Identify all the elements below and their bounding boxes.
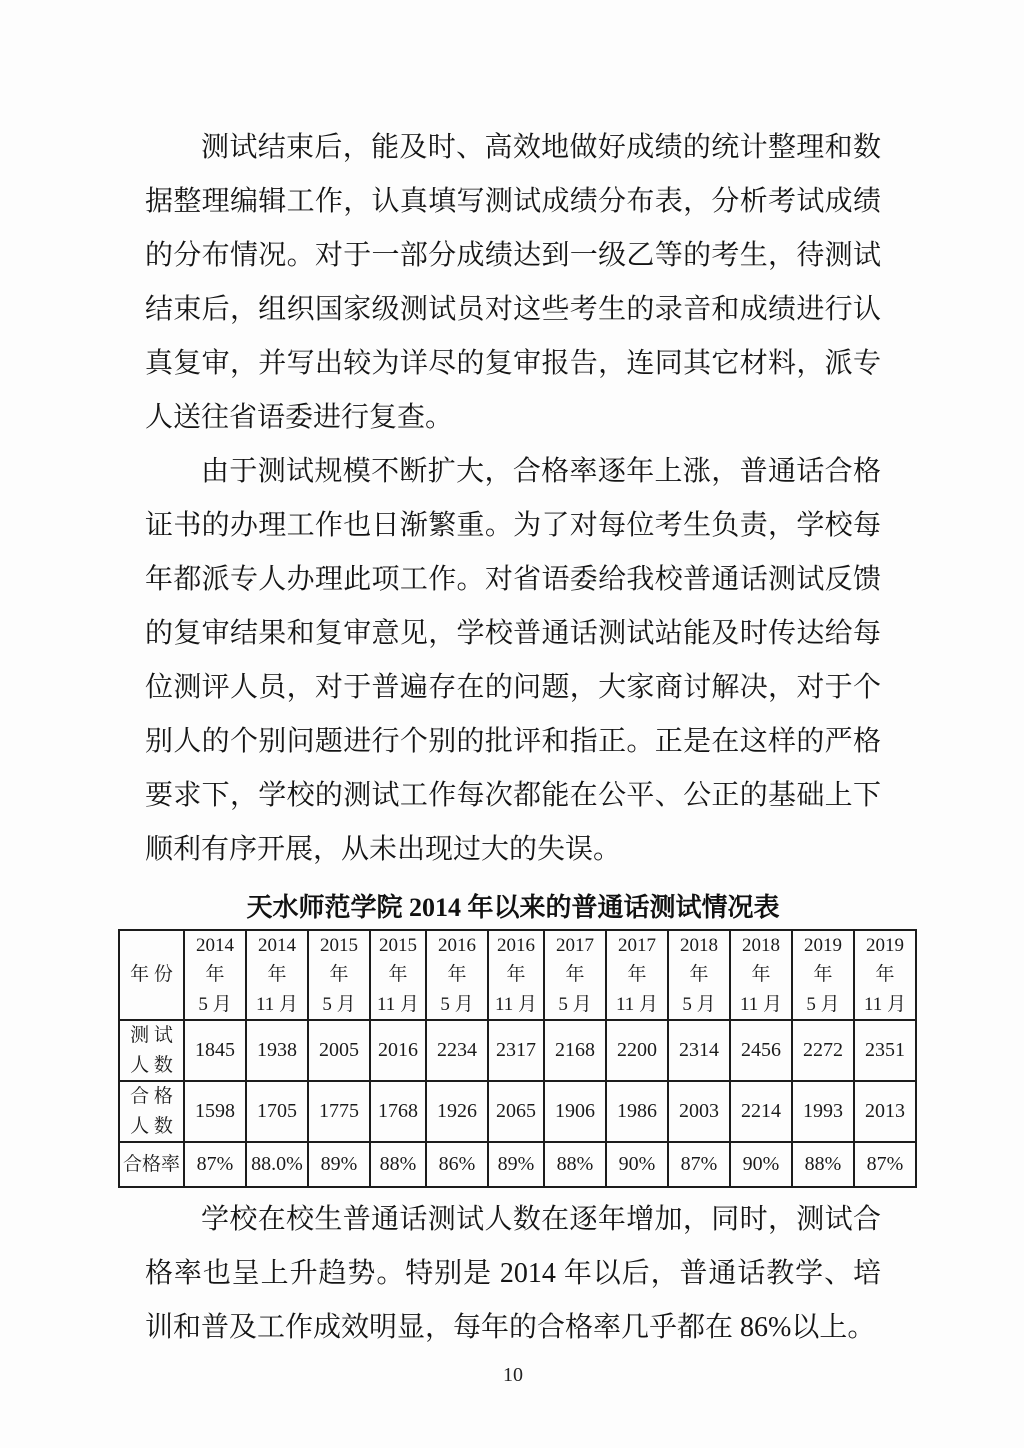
value-cell: 2016 (370, 1020, 426, 1081)
value-cell: 1775 (308, 1081, 370, 1142)
value-cell: 2013 (854, 1081, 916, 1142)
value-cell: 90% (730, 1142, 792, 1187)
col-header-cell: 2014 年 5 月 (184, 930, 246, 1020)
table-row-header: 年 份 2014 年 5 月 2014 年 11 月 2015 年 5 月 20… (119, 930, 916, 1020)
value-cell: 1768 (370, 1081, 426, 1142)
value-cell: 1598 (184, 1081, 246, 1142)
table-row-pass-rate: 合格率 87% 88.0% 89% 88% 86% 89% 88% 90% 87… (119, 1142, 916, 1187)
col-header-cell: 2018 年 11 月 (730, 930, 792, 1020)
value-cell: 2003 (668, 1081, 730, 1142)
table-row-passed: 合 格 人 数 1598 1705 1775 1768 1926 2065 19… (119, 1081, 916, 1142)
value-cell: 1938 (246, 1020, 308, 1081)
table-title: 天水师范学院 2014 年以来的普通话测试情况表 (145, 887, 881, 929)
value-cell: 87% (668, 1142, 730, 1187)
test-stats-table: 年 份 2014 年 5 月 2014 年 11 月 2015 年 5 月 20… (118, 929, 917, 1188)
value-cell: 88% (370, 1142, 426, 1187)
test-stats-table-wrap: 年 份 2014 年 5 月 2014 年 11 月 2015 年 5 月 20… (118, 929, 908, 1188)
value-cell: 2317 (488, 1020, 544, 1081)
value-cell: 1993 (792, 1081, 854, 1142)
col-header-cell: 2014 年 11 月 (246, 930, 308, 1020)
col-header-cell: 2015 年 11 月 (370, 930, 426, 1020)
col-header-cell: 2017 年 11 月 (606, 930, 668, 1020)
value-cell: 87% (184, 1142, 246, 1187)
col-header-cell: 2018 年 5 月 (668, 930, 730, 1020)
value-cell: 2456 (730, 1020, 792, 1081)
value-cell: 2005 (308, 1020, 370, 1081)
value-cell: 86% (426, 1142, 488, 1187)
value-cell: 90% (606, 1142, 668, 1187)
col-header-cell: 2015 年 5 月 (308, 930, 370, 1020)
value-cell: 2351 (854, 1020, 916, 1081)
row-label-cell: 测 试 人 数 (119, 1020, 184, 1081)
col-header-cell: 2016 年 5 月 (426, 930, 488, 1020)
paragraph-3: 学校在校生普通话测试人数在逐年增加，同时，测试合格率也呈上升趋势。特别是 201… (145, 1193, 881, 1355)
value-cell: 87% (854, 1142, 916, 1187)
value-cell: 89% (488, 1142, 544, 1187)
value-cell: 1926 (426, 1081, 488, 1142)
value-cell: 2314 (668, 1020, 730, 1081)
value-cell: 88% (792, 1142, 854, 1187)
paragraph-1: 测试结束后，能及时、高效地做好成绩的统计整理和数据整理编辑工作，认真填写测试成绩… (145, 121, 881, 445)
table-row-tested: 测 试 人 数 1845 1938 2005 2016 2234 2317 21… (119, 1020, 916, 1081)
value-cell: 89% (308, 1142, 370, 1187)
value-cell: 88% (544, 1142, 606, 1187)
col-header-cell: 2016 年 11 月 (488, 930, 544, 1020)
col-header-cell: 2017 年 5 月 (544, 930, 606, 1020)
col-header-cell: 2019 年 5 月 (792, 930, 854, 1020)
value-cell: 2214 (730, 1081, 792, 1142)
value-cell: 1705 (246, 1081, 308, 1142)
row-label-cell: 合 格 人 数 (119, 1081, 184, 1142)
row-label-cell: 合格率 (119, 1142, 184, 1187)
value-cell: 2234 (426, 1020, 488, 1081)
value-cell: 2065 (488, 1081, 544, 1142)
value-cell: 1906 (544, 1081, 606, 1142)
page-number: 10 (145, 1364, 881, 1387)
value-cell: 2200 (606, 1020, 668, 1081)
paragraph-2: 由于测试规模不断扩大，合格率逐年上涨，普通话合格证书的办理工作也日渐繁重。为了对… (145, 445, 881, 877)
value-cell: 1845 (184, 1020, 246, 1081)
corner-label-cell: 年 份 (119, 930, 184, 1020)
value-cell: 1986 (606, 1081, 668, 1142)
value-cell: 2272 (792, 1020, 854, 1081)
value-cell: 88.0% (246, 1142, 308, 1187)
document-page: 测试结束后，能及时、高效地做好成绩的统计整理和数据整理编辑工作，认真填写测试成绩… (0, 0, 1024, 1448)
document-content: 测试结束后，能及时、高效地做好成绩的统计整理和数据整理编辑工作，认真填写测试成绩… (145, 121, 881, 1387)
value-cell: 2168 (544, 1020, 606, 1081)
col-header-cell: 2019 年 11 月 (854, 930, 916, 1020)
